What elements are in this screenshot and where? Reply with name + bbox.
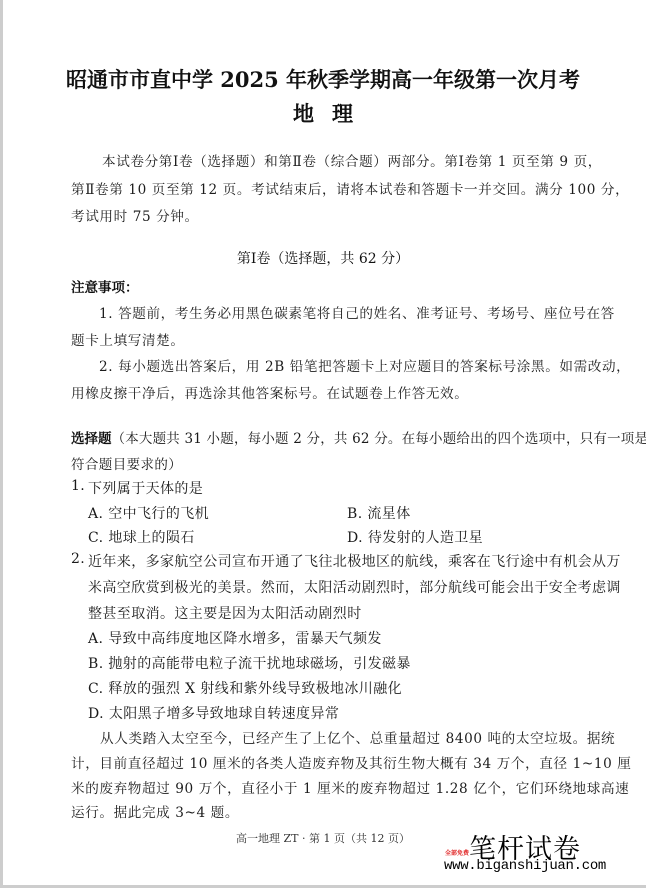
passage-line: 米的废弃物超过 90 万个，直径小于 1 厘米的废弃物超过 1.28 亿个，它们… xyxy=(71,777,629,797)
option-key: C. xyxy=(88,530,103,546)
option-text: 释放的强烈 X 射线和紫外线导致极地冰川融化 xyxy=(108,681,402,697)
question-stem: 近年来，多家航空公司宣布开通了飞往北极地区的航线，乘客在飞行途中有机会从万 xyxy=(88,551,621,571)
option-d: D. 太阳黑子增多导致地球自转速度异常 xyxy=(88,703,339,723)
choice-section-instructions: （本大题共 31 小题，每小题 2 分，共 62 分。在每小题给出的四个选项中，… xyxy=(112,431,646,447)
option-text: 导致中高纬度地区降水增多，雷暴天气频发 xyxy=(108,631,382,647)
left-border xyxy=(0,0,3,888)
option-b: B. 流星体 xyxy=(347,503,411,523)
question-stem: 整甚至取消。这主要是因为太阳活动剧烈时 xyxy=(88,603,362,623)
option-key: A. xyxy=(88,506,103,522)
notice-item: 题卡上填写清楚。 xyxy=(71,329,185,349)
option-text: 地球上的陨石 xyxy=(108,530,194,546)
passage-line: 从人类踏入太空至今，已经产生了上亿个、总重量超过 8400 吨的太空垃圾。据统 xyxy=(100,727,615,747)
choice-section-instructions: 符合题目要求的） xyxy=(71,453,182,473)
option-key: B. xyxy=(88,656,104,672)
intro-line: 第Ⅱ卷第 10 页至第 12 页。考试结束后，请将本试卷和答题卡一并交回。满分 … xyxy=(71,178,629,198)
option-text: 太阳黑子增多导致地球自转速度异常 xyxy=(109,706,339,722)
option-d: D. 待发射的人造卫星 xyxy=(347,527,483,547)
watermark-tag: 全部免费 xyxy=(445,848,469,857)
exam-subject: 地理 xyxy=(0,98,646,128)
option-key: C. xyxy=(88,681,103,697)
notice-item: 2. 每小题选出答案后，用 2B 铅笔把答题卡上对应题目的答案标号涂黑。如需改动… xyxy=(99,355,630,375)
section-heading: 第Ⅰ卷（选择题，共 62 分） xyxy=(0,248,646,268)
option-key: B. xyxy=(347,506,363,522)
option-c: C. 地球上的陨石 xyxy=(88,527,195,547)
option-key: D. xyxy=(347,530,363,546)
intro-line: 考试用时 75 分钟。 xyxy=(71,205,199,225)
passage-line: 计，目前直径超过 10 厘米的各类人造废弃物及其衍生物大概有 34 万个，直径 … xyxy=(71,752,631,772)
option-key: A. xyxy=(88,631,103,647)
notice-label: 注意事项： xyxy=(71,276,139,296)
exam-title: 昭通市市直中学 2025 年秋季学期高一年级第一次月考 xyxy=(0,64,646,94)
intro-line: 本试卷分第Ⅰ卷（选择题）和第Ⅱ卷（综合题）两部分。第Ⅰ卷第 1 页至第 9 页， xyxy=(102,150,602,170)
option-a: A. 导致中高纬度地区降水增多，雷暴天气频发 xyxy=(88,628,382,648)
question-number: 2. xyxy=(71,551,85,567)
option-text: 待发射的人造卫星 xyxy=(368,530,483,546)
option-b: B. 抛射的高能带电粒子流干扰地球磁场，引发磁暴 xyxy=(88,653,411,673)
option-text: 流星体 xyxy=(367,506,410,522)
option-text: 空中飞行的飞机 xyxy=(108,506,209,522)
passage-line: 运行。据此完成 3~4 题。 xyxy=(71,801,239,821)
question-stem: 下列属于天体的是 xyxy=(88,478,203,498)
watermark-url: www.biganshijuan.com xyxy=(444,858,606,874)
choice-section-label: 选择题 xyxy=(71,431,112,447)
notice-item: 1. 答题前，考生务必用黑色碳素笔将自己的姓名、准考证号、考场号、座位号在答 xyxy=(99,302,615,322)
option-c: C. 释放的强烈 X 射线和紫外线导致极地冰川融化 xyxy=(88,678,402,698)
option-text: 抛射的高能带电粒子流干扰地球磁场，引发磁暴 xyxy=(108,656,410,672)
question-number: 1. xyxy=(71,478,85,494)
option-a: A. 空中飞行的飞机 xyxy=(88,503,209,523)
notice-item: 用橡皮擦干净后，再选涂其他答案标号。在试题卷上作答无效。 xyxy=(71,382,468,402)
question-stem: 米高空欣赏到极光的美景。然而，太阳活动剧烈时，部分航线可能会出于安全考虑调 xyxy=(88,577,621,597)
option-key: D. xyxy=(88,706,104,722)
